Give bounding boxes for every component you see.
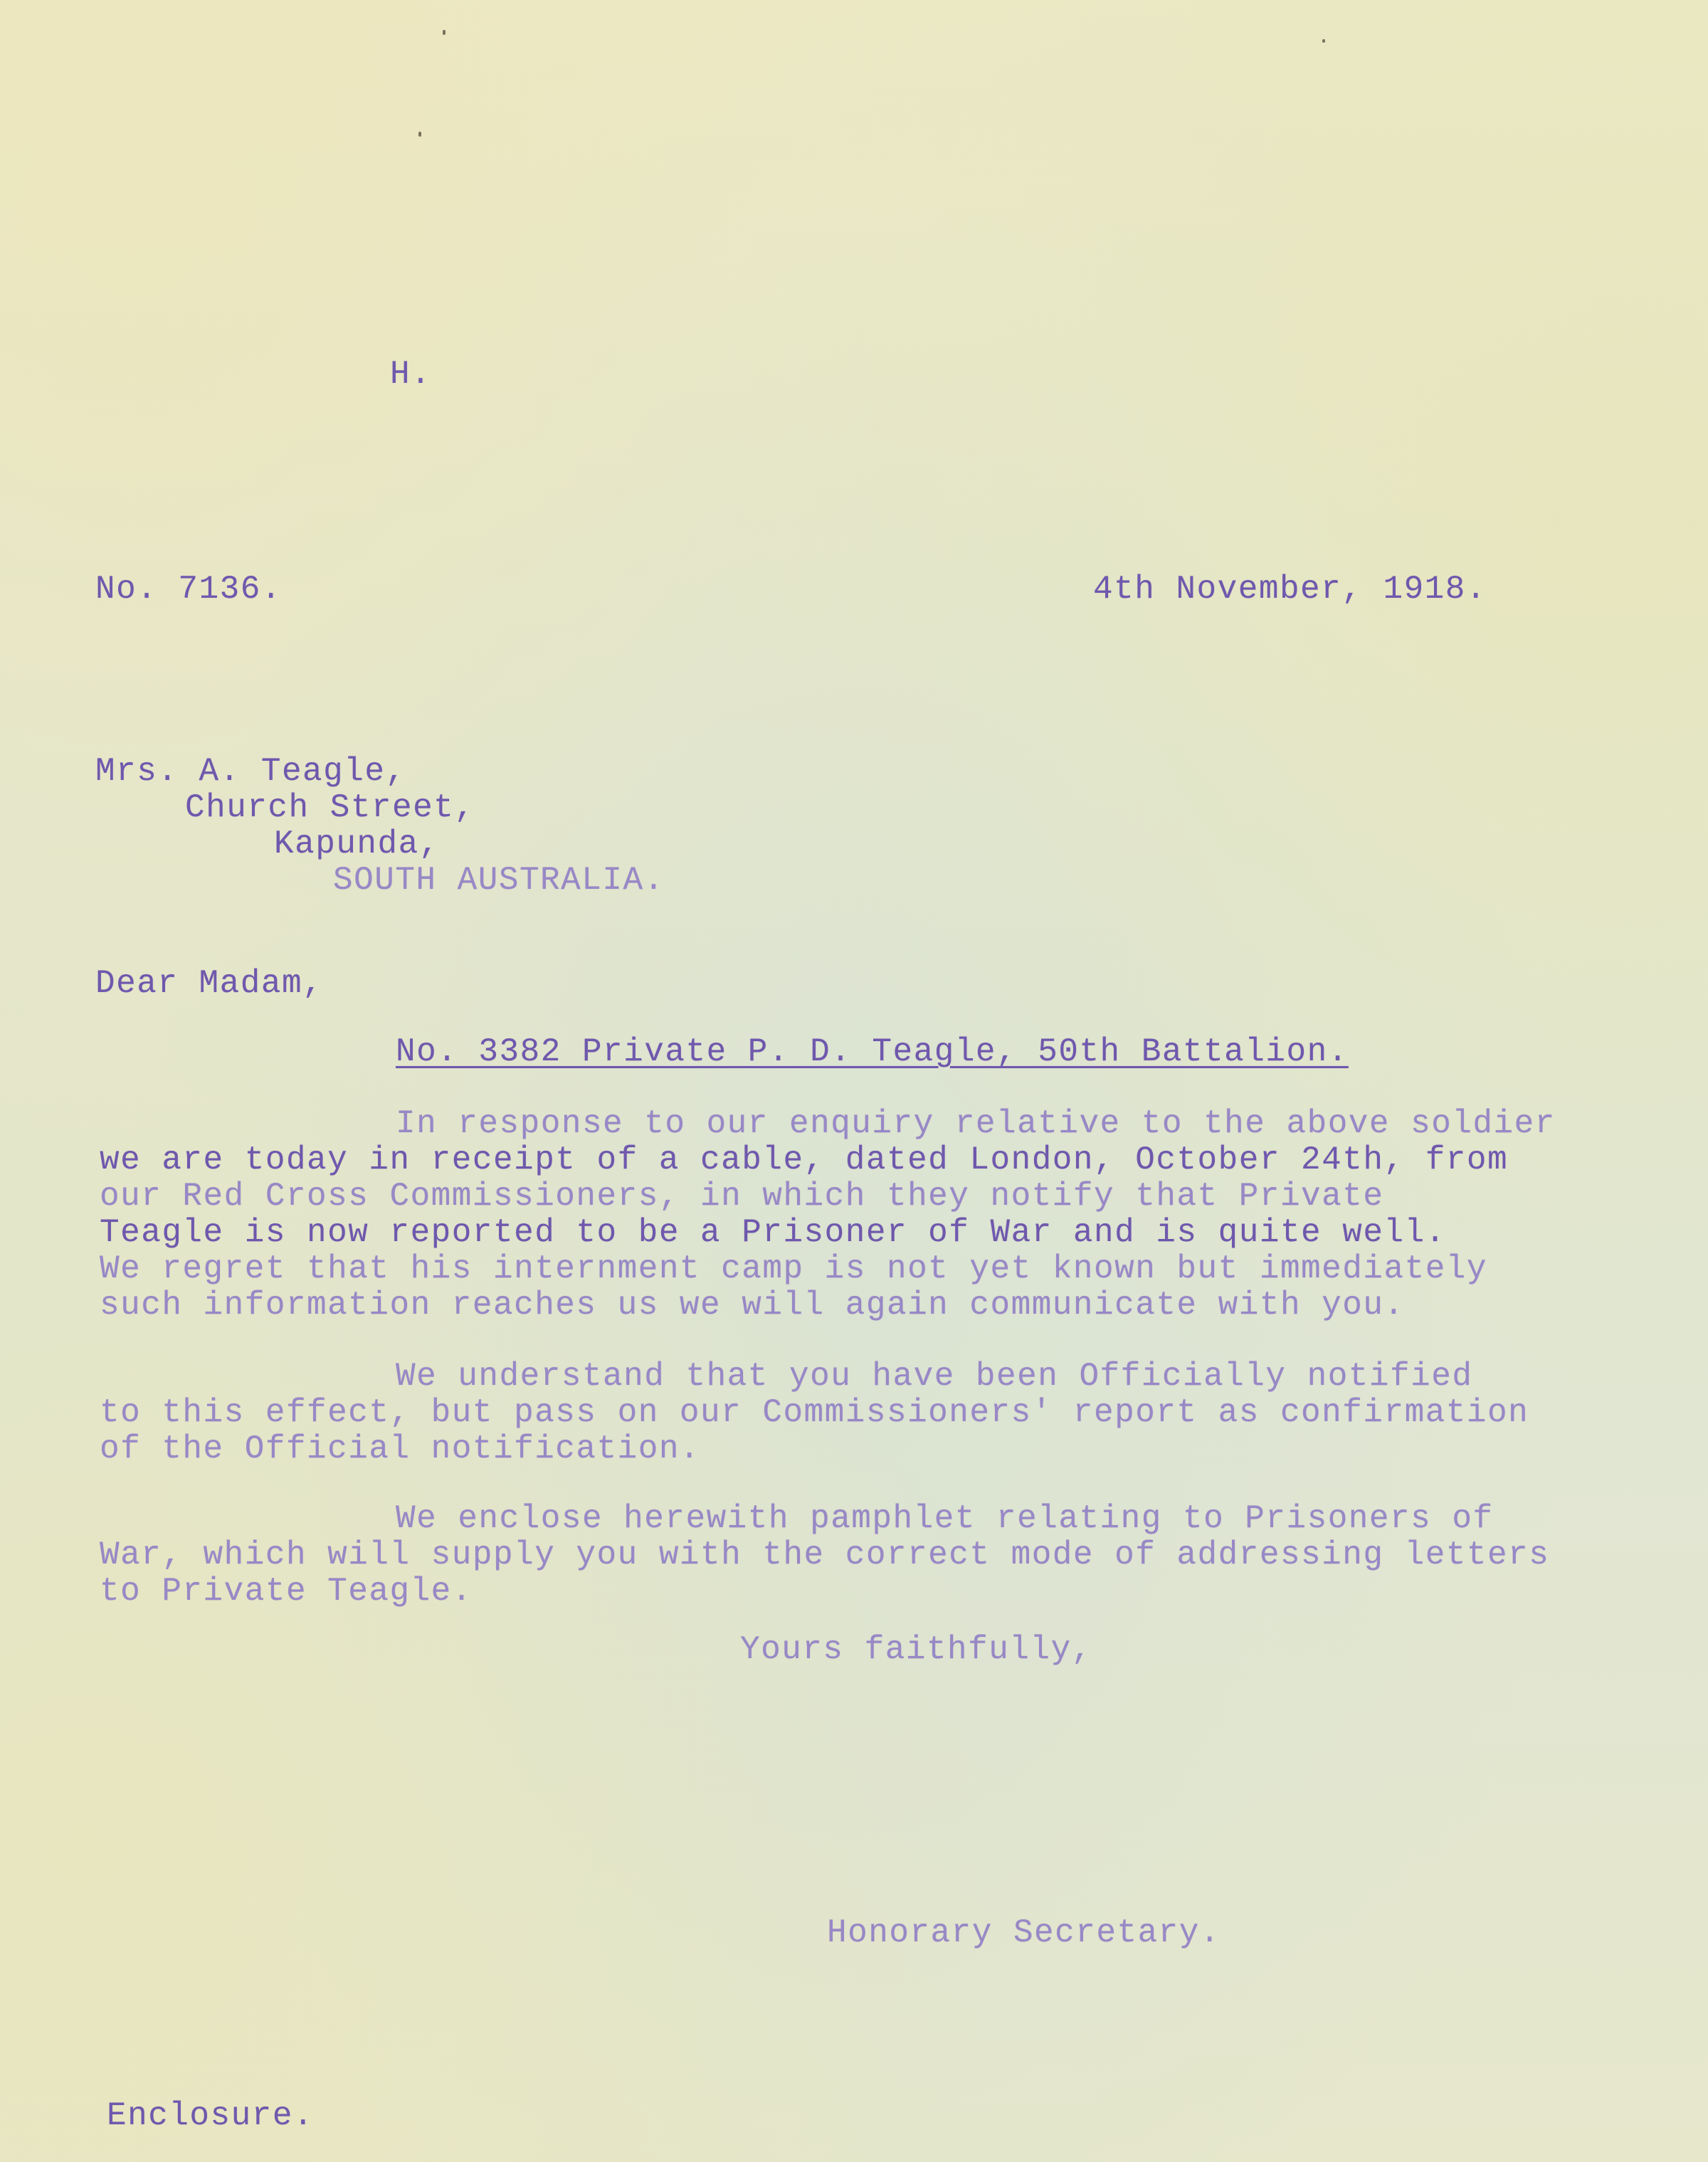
letter-date: 4th November, 1918. (1093, 571, 1487, 608)
body-line: We understand that you have been Officia… (396, 1358, 1472, 1395)
body-line: our Red Cross Commissioners, in which th… (100, 1178, 1383, 1215)
recipient-town: Kapunda, (274, 826, 440, 863)
enclosure-note: Enclosure. (107, 2097, 314, 2134)
body-line: of the Official notification. (100, 1430, 700, 1467)
body-line: We regret that his internment camp is no… (100, 1250, 1487, 1287)
body-line: In response to our enquiry relative to t… (396, 1105, 1556, 1142)
paper-speck (418, 132, 421, 137)
closing: Yours faithfully, (740, 1631, 1092, 1668)
paper-speck (1322, 39, 1325, 43)
body-line: such information reaches us we will agai… (100, 1287, 1405, 1324)
subject-line: No. 3382 Private P. D. Teagle, 50th Batt… (396, 1033, 1349, 1070)
body-line: Teagle is now reported to be a Prisoner … (100, 1214, 1446, 1251)
letter-page: H. No. 7136. 4th November, 1918. Mrs. A.… (0, 0, 1708, 2162)
body-line: to this effect, but pass on our Commissi… (100, 1394, 1529, 1431)
recipient-street: Church Street, (185, 789, 475, 826)
filing-mark: H. (390, 356, 431, 393)
signatory-title: Honorary Secretary. (827, 1914, 1221, 1951)
paper-speck (443, 30, 446, 35)
body-line: to Private Teagle. (100, 1573, 473, 1610)
body-line: we are today in receipt of a cable, date… (100, 1141, 1508, 1178)
recipient-name: Mrs. A. Teagle, (95, 753, 406, 790)
reference-number: No. 7136. (95, 571, 282, 608)
recipient-state: SOUTH AUSTRALIA. (333, 862, 665, 899)
body-line: We enclose herewith pamphlet relating to… (396, 1500, 1494, 1537)
body-line: War, which will supply you with the corr… (100, 1536, 1549, 1573)
salutation: Dear Madam, (95, 965, 323, 1002)
